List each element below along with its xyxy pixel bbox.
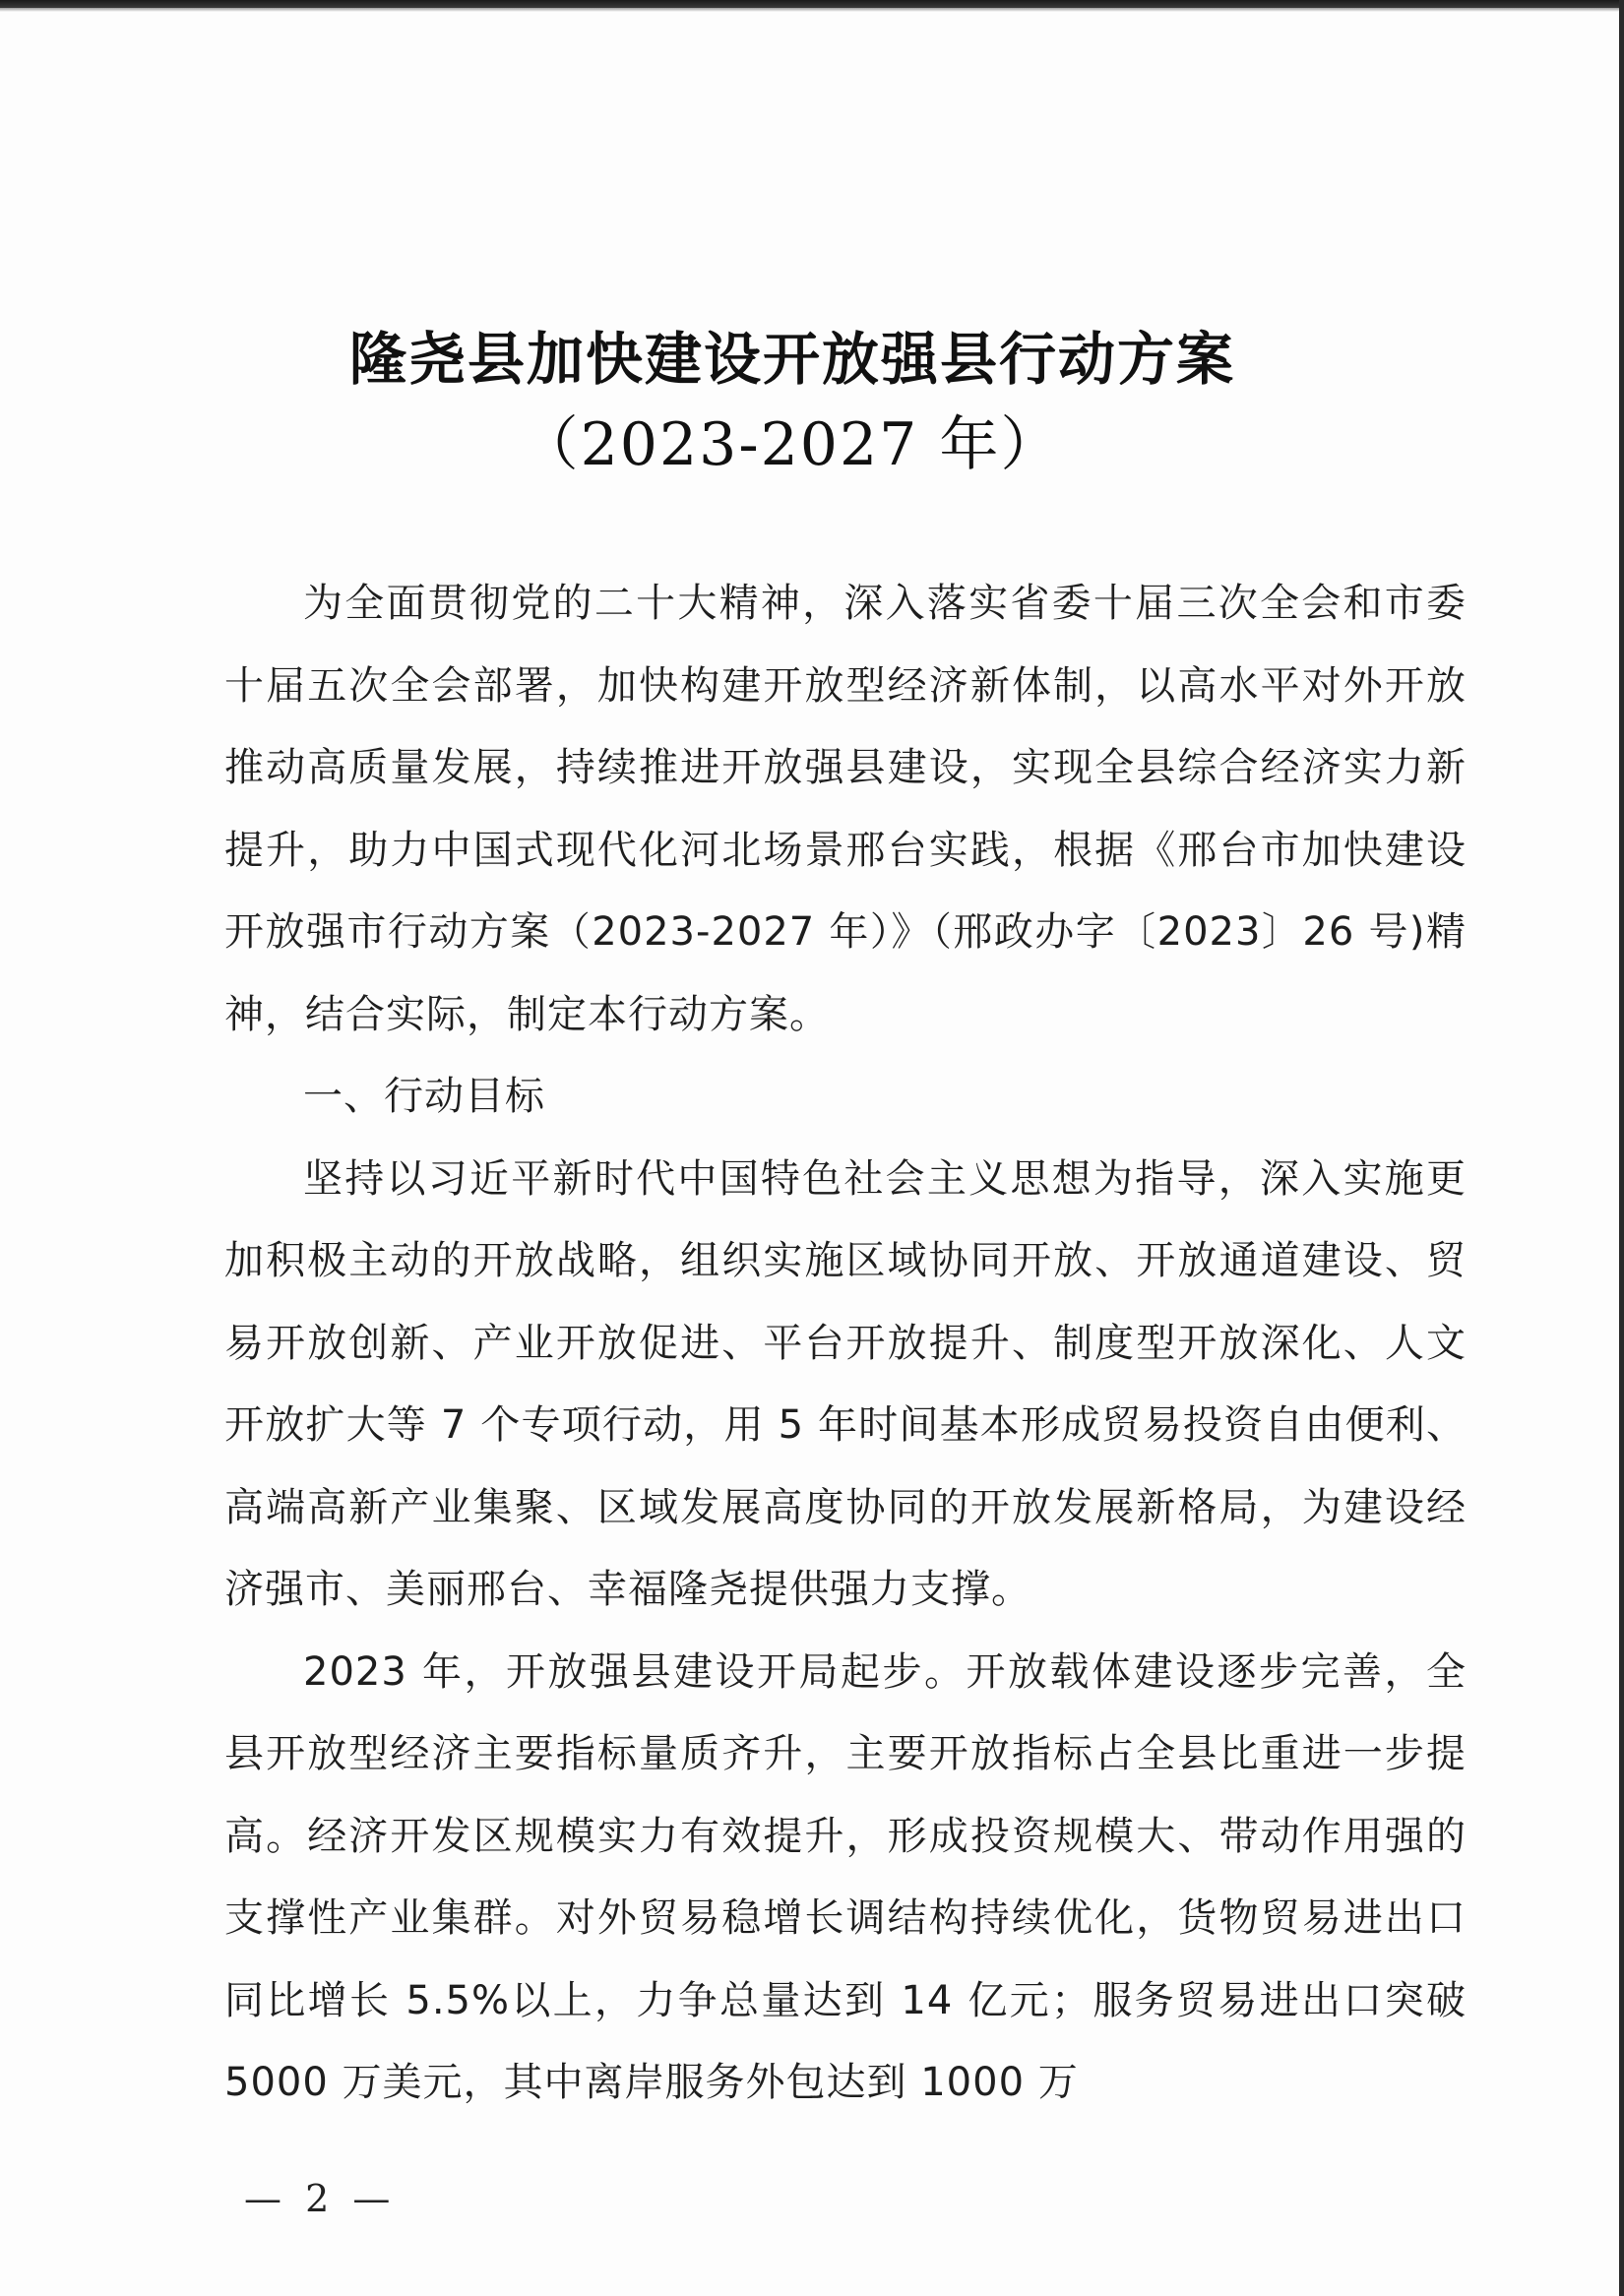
section-paragraph: 坚持以习近平新时代中国特色社会主义思想为指导，深入实施更加积极主动的开放战略，组… [224, 1139, 1467, 1632]
page-number: — 2 — [244, 2177, 396, 2220]
intro-paragraph: 为全面贯彻党的二十大精神，深入落实省委十届三次全会和市委十届五次全会部署，加快构… [224, 563, 1467, 1056]
scan-edge-top [0, 0, 1624, 8]
section-heading: 一、行动目标 [224, 1056, 1467, 1139]
document-subtitle: （2023-2027 年） [0, 398, 1602, 482]
document-title: 隆尧县加快建设开放强县行动方案 [0, 313, 1604, 396]
document-body: 为全面贯彻党的二十大精神，深入落实省委十届三次全会和市委十届五次全会部署，加快构… [224, 563, 1467, 2125]
scan-edge-shadow [0, 8, 1624, 12]
scan-edge-right [1619, 0, 1624, 2296]
section-paragraph: 2023 年，开放强县建设开局起步。开放载体建设逐步完善，全县开放型经济主要指标… [224, 1632, 1467, 2125]
